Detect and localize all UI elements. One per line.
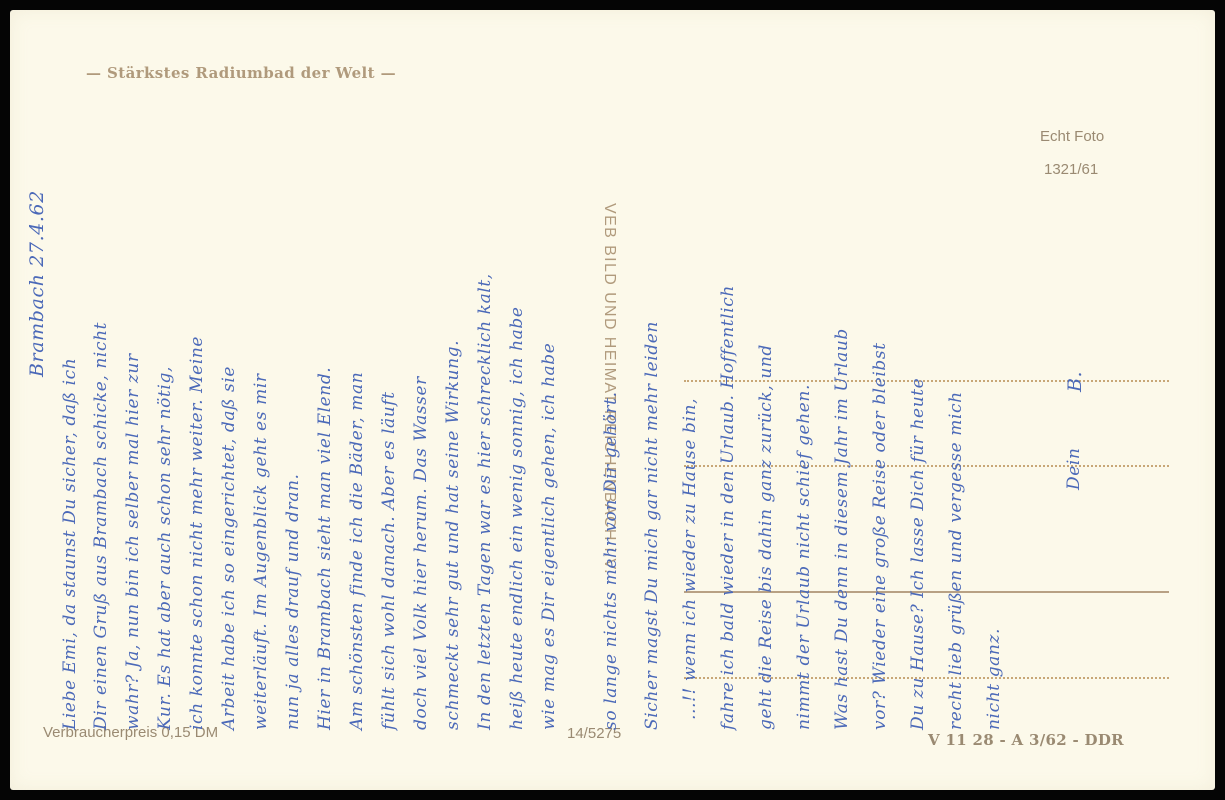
handwritten-line: In den letzten Tagen war es hier schreck… [475,273,495,730]
handwritten-closing: Dein [1064,448,1084,490]
handwritten-line: wahr? Ja, nun bin ich selber mal hier zu… [123,353,143,730]
license-number: V 11 28 - A 3/62 - DDR [928,731,1124,749]
handwritten-line: Arbeit habe ich so eingerichtet, daß sie [219,366,239,730]
postcard-back: — Stärkstes Radiumbad der Welt — Echt Fo… [10,10,1215,790]
handwritten-line: Was hast Du denn in diesem Jahr im Urlau… [832,328,852,730]
handwritten-place-date: Brambach 27.4.62 [26,190,48,377]
handwritten-line: weiterläuft. Im Augenblick geht es mir [251,373,271,730]
handwritten-line: Sicher magst Du mich gar nicht mehr leid… [642,321,662,730]
photo-number: 1321/61 [1044,161,1098,178]
handwritten-line: heiß heute endlich ein wenig sonnig, ich… [507,306,527,730]
handwritten-line: recht lieb grüßen und vergesse mich [946,391,966,730]
handwritten-signature: B. [1064,371,1086,392]
handwritten-line: Kur. Es hat aber auch schon sehr nötig, [155,366,175,730]
handwritten-line: geht die Reise bis dahin ganz zurück, un… [756,344,776,730]
photo-label: Echt Foto [1040,128,1104,145]
handwritten-line: nun ja alles drauf und dran. [283,473,303,730]
handwritten-line: ich konnte schon nicht mehr weiter. Mein… [187,336,207,730]
handwritten-line: so lange nichts mehr von Dir gehört. [601,391,621,730]
handwritten-line: doch viel Volk hier herum. Das Wasser [411,376,431,730]
handwritten-line: Am schönsten finde ich die Bäder, man [347,372,367,730]
handwritten-line: schmeckt sehr gut und hat seine Wirkung. [443,340,463,730]
handwritten-line: Hier in Brambach sieht man viel Elend. [315,367,335,730]
handwritten-line: Dir einen Gruß aus Brambach schicke, nic… [91,322,111,730]
handwritten-line: nimmt der Urlaub nicht schief gehen. [794,384,814,730]
handwritten-line: wie mag es Dir eigentlich gehen, ich hab… [539,343,559,730]
handwritten-line: fühlt sich wohl danach. Aber es läuft [379,391,399,730]
handwritten-line: fahre ich bald wieder in den Urlaub. Hof… [718,285,738,730]
handwritten-line: Du zu Hause? Ich lasse Dich für heute [908,378,928,730]
handwritten-line: Liebe Emi, da staunst Du sicher, daß ich [60,358,80,730]
handwritten-line: vor? Wieder eine große Reise oder bleibs… [870,342,890,730]
handwritten-line: ...!! wenn ich wieder zu Hause bin, [680,398,700,720]
handwritten-line: nicht ganz. [984,628,1004,730]
postcard-headline: — Stärkstes Radiumbad der Welt — [86,64,396,82]
